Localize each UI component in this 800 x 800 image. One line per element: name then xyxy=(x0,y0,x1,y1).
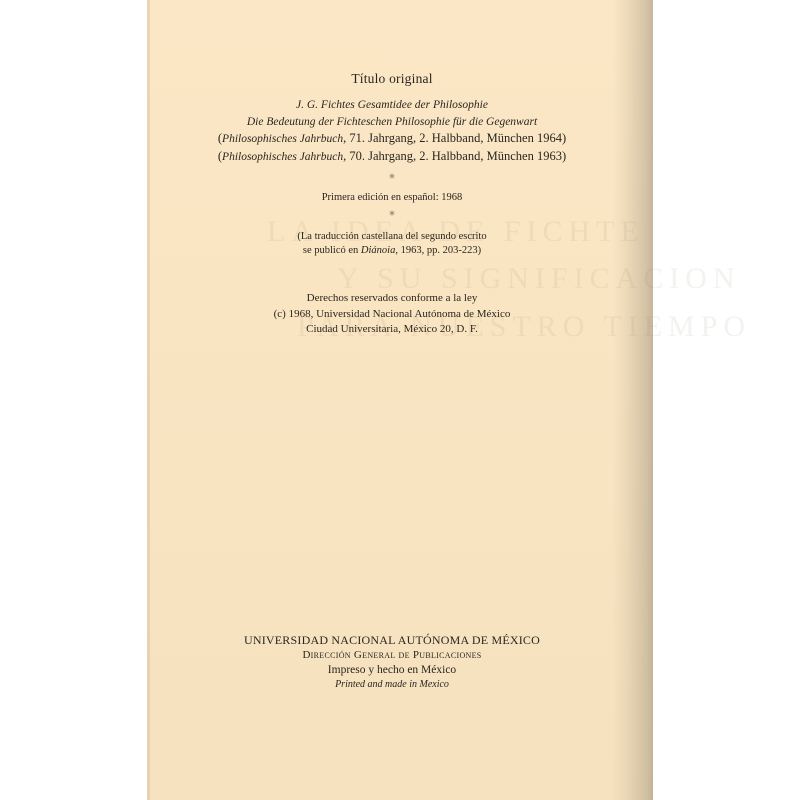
publisher-section: UNIVERSIDAD NACIONAL AUTÓNOMA DE MÉXICO … xyxy=(147,632,637,691)
source-line-2: (Philosophisches Jahrbuch, 70. Jahrgang,… xyxy=(147,148,637,166)
asterisk-separator-icon: * xyxy=(147,209,637,223)
copyright-line-1: Derechos reservados conforme a la ley xyxy=(147,291,637,307)
translation-suffix: , 1963, pp. 203-223) xyxy=(395,245,481,256)
edition-text: Primera edición en español: 1968 xyxy=(147,191,637,205)
translation-note-line-2: se publicó en Diánoia, 1963, pp. 203-223… xyxy=(147,244,637,258)
source-details: , 70. Jahrgang, 2. Halbband, München 196… xyxy=(343,149,566,163)
work-title-2: Die Bedeutung der Fichteschen Philosophi… xyxy=(147,114,637,131)
printed-in-spanish: Impreso y hecho en México xyxy=(147,663,637,678)
translation-note-line-1: (La traducción castellana del segundo es… xyxy=(147,230,637,244)
asterisk-separator-icon: * xyxy=(147,172,637,186)
journal-name: Philosophisches Jahrbuch xyxy=(222,151,343,163)
separator-block-2: * xyxy=(147,209,637,223)
book-page: LA IDEA DE FICHTE Y SU SIGNIFICACION PAR… xyxy=(147,0,653,800)
copyright-line-3: Ciudad Universitaria, México 20, D. F. xyxy=(147,322,637,338)
original-title-heading: Título original xyxy=(147,71,637,87)
original-title-section: Título original J. G. Fichtes Gesamtidee… xyxy=(147,71,637,165)
printed-in-english: Printed and made in Mexico xyxy=(147,678,637,691)
publisher-department: Dirección General de Publicaciones xyxy=(147,648,637,663)
copyright-section: Derechos reservados conforme a la ley (c… xyxy=(147,291,637,338)
work-title-1: J. G. Fichtes Gesamtidee der Philosophie xyxy=(147,97,637,114)
journal-name: Diánoia xyxy=(361,245,395,256)
copyright-line-2: (c) 1968, Universidad Nacional Autónoma … xyxy=(147,307,637,323)
publisher-name: UNIVERSIDAD NACIONAL AUTÓNOMA DE MÉXICO xyxy=(147,632,637,648)
separator-block-1: * xyxy=(147,172,637,186)
translation-prefix: se publicó en xyxy=(303,245,361,256)
translation-note: (La traducción castellana del segundo es… xyxy=(147,230,637,258)
source-details: , 71. Jahrgang, 2. Halbband, München 196… xyxy=(343,131,566,145)
journal-name: Philosophisches Jahrbuch xyxy=(222,133,343,145)
edition-section: Primera edición en español: 1968 xyxy=(147,191,637,205)
source-line-1: (Philosophisches Jahrbuch, 71. Jahrgang,… xyxy=(147,130,637,148)
